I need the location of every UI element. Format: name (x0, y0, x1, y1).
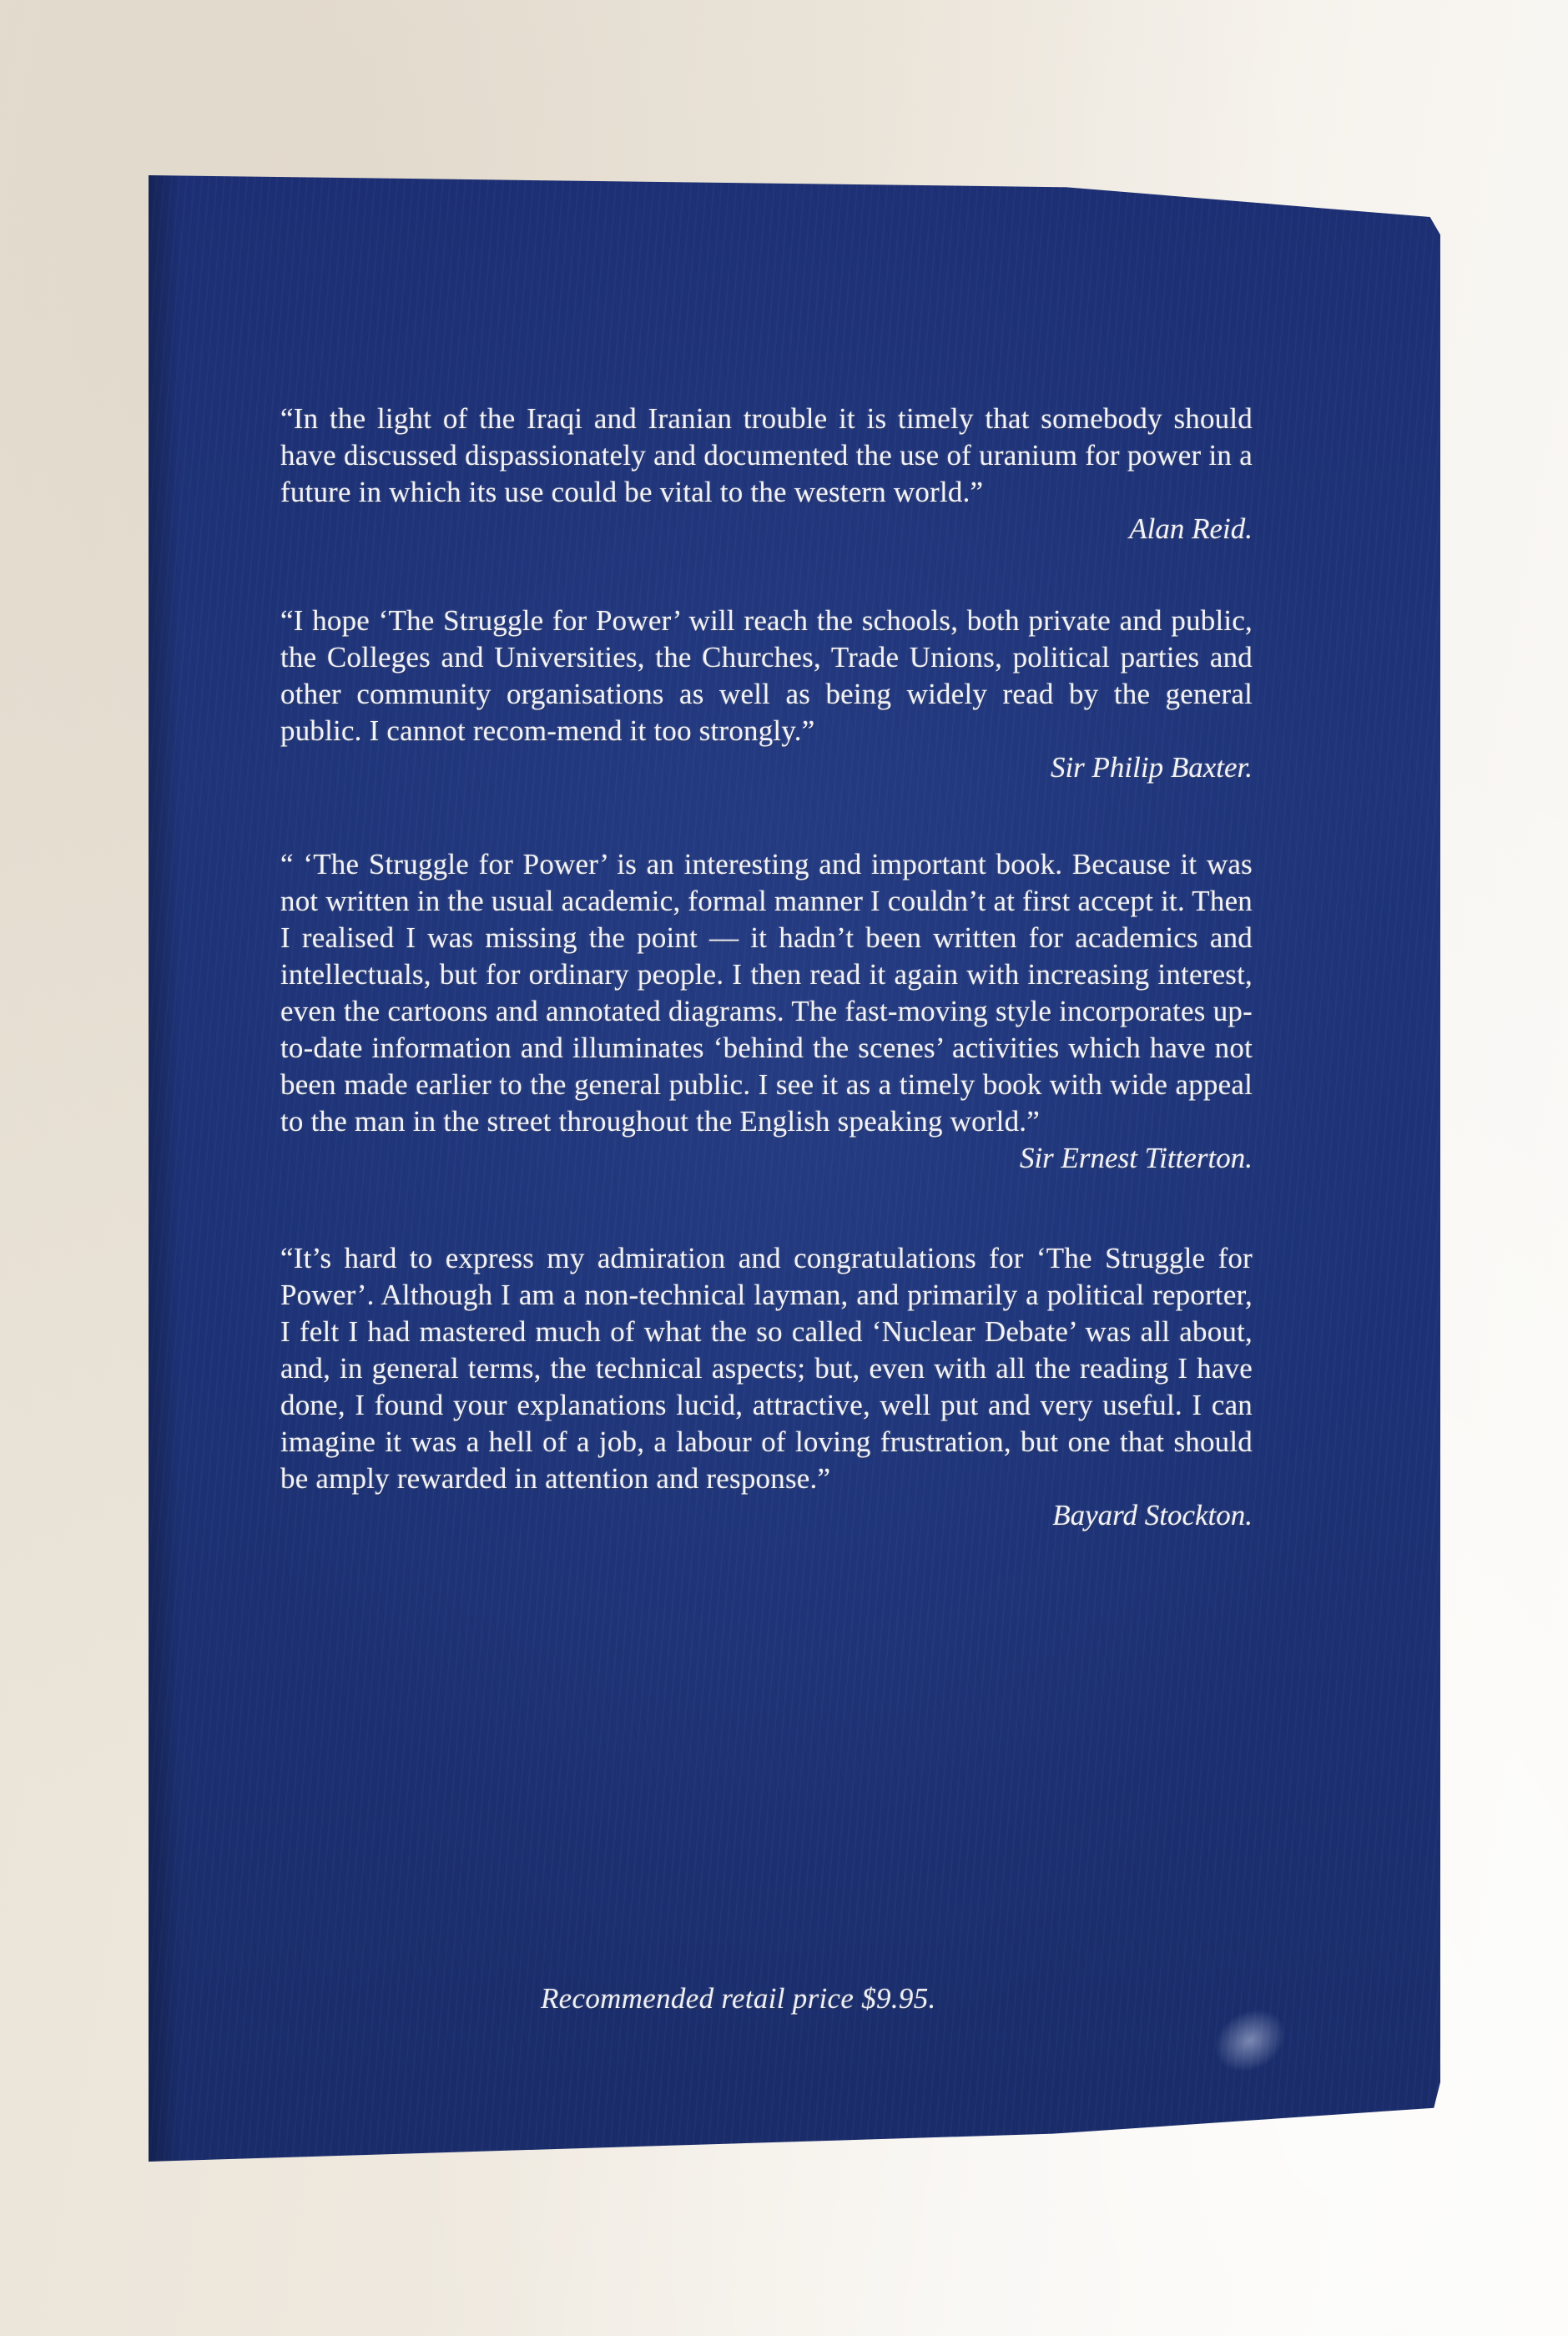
quote-text: “I hope ‘The Struggle for Power’ will re… (280, 603, 1253, 749)
quote-block: “ ‘The Struggle for Power’ is an interes… (280, 846, 1253, 1177)
quote-author: Sir Ernest Titterton. (280, 1140, 1253, 1177)
book-back-cover: “In the light of the Iraqi and Iranian t… (149, 175, 1440, 2162)
quote-author: Sir Philip Baxter. (280, 749, 1253, 786)
quote-block: “In the light of the Iraqi and Iranian t… (280, 401, 1253, 547)
quote-text: “ ‘The Struggle for Power’ is an interes… (280, 846, 1253, 1140)
cover-wear-mark (1203, 1996, 1298, 2085)
retail-price: Recommended retail price $9.95. (541, 1982, 936, 2016)
quote-author: Bayard Stockton. (280, 1497, 1253, 1534)
quote-author: Alan Reid. (280, 511, 1253, 547)
quote-block: “It’s hard to express my admiration and … (280, 1240, 1253, 1534)
endorsement-quotes: “In the light of the Iraqi and Iranian t… (280, 401, 1253, 1584)
quote-text: “In the light of the Iraqi and Iranian t… (280, 401, 1253, 511)
quote-block: “I hope ‘The Struggle for Power’ will re… (280, 603, 1253, 786)
quote-text: “It’s hard to express my admiration and … (280, 1240, 1253, 1497)
